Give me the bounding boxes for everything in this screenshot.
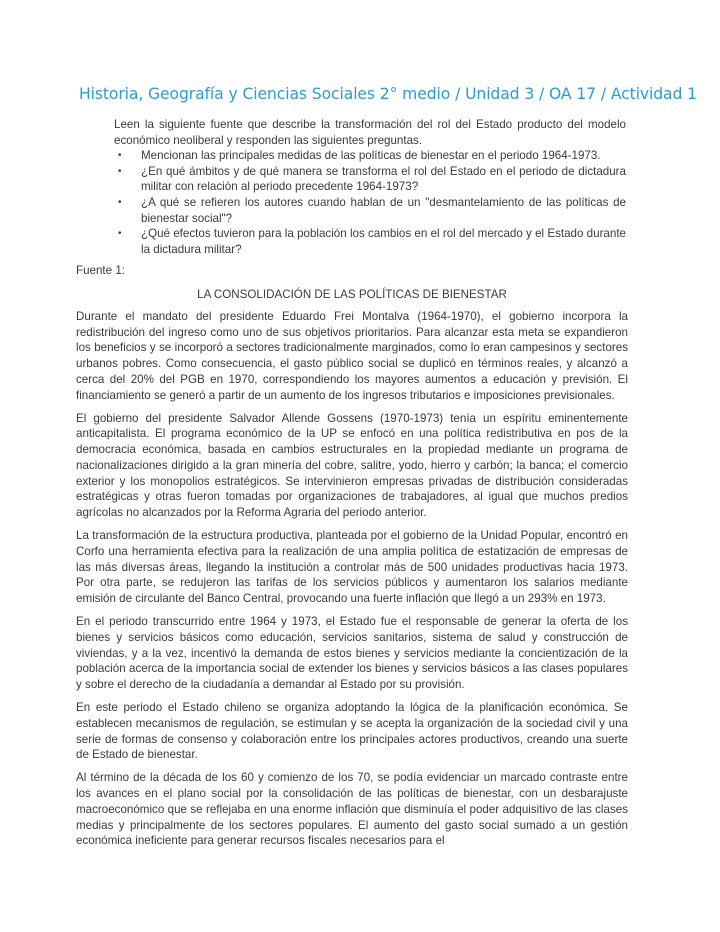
question-text: Mencionan las principales medidas de las… bbox=[141, 149, 601, 162]
question-item: • Mencionan las principales medidas de l… bbox=[141, 148, 626, 164]
bullet-icon: • bbox=[118, 148, 122, 164]
question-text: ¿En qué ámbitos y de qué manera se trans… bbox=[141, 165, 626, 194]
paragraph: En este periodo el Estado chileno se org… bbox=[76, 700, 628, 763]
paragraph: En el periodo transcurrido entre 1964 y … bbox=[76, 614, 628, 693]
source-body: Durante el mandato del presidente Eduard… bbox=[76, 309, 628, 857]
bullet-icon: • bbox=[118, 195, 122, 211]
questions-list: • Mencionan las principales medidas de l… bbox=[114, 148, 626, 257]
paragraph: La transformación de la estructura produ… bbox=[76, 528, 628, 607]
instructions-text: Leen la siguiente fuente que describe la… bbox=[114, 117, 626, 148]
paragraph: Durante el mandato del presidente Eduard… bbox=[76, 309, 628, 403]
paragraph: El gobierno del presidente Salvador Alle… bbox=[76, 411, 628, 521]
source-heading: LA CONSOLIDACIÓN DE LAS POLÍTICAS DE BIE… bbox=[76, 288, 628, 301]
bullet-icon: • bbox=[118, 226, 122, 242]
bullet-icon: • bbox=[118, 164, 122, 180]
question-item: • ¿Qué efectos tuvieron para la població… bbox=[141, 226, 626, 257]
question-text: ¿A qué se refieren los autores cuando ha… bbox=[141, 196, 626, 225]
paragraph: Al término de la década de los 60 y comi… bbox=[76, 770, 628, 849]
source-label: Fuente 1: bbox=[76, 264, 125, 277]
page-title: Historia, Geografía y Ciencias Sociales … bbox=[79, 85, 679, 103]
question-item: • ¿A qué se refieren los autores cuando … bbox=[141, 195, 626, 226]
question-item: • ¿En qué ámbitos y de qué manera se tra… bbox=[141, 164, 626, 195]
question-text: ¿Qué efectos tuvieron para la población … bbox=[141, 227, 626, 256]
instructions: Leen la siguiente fuente que describe la… bbox=[114, 117, 626, 257]
